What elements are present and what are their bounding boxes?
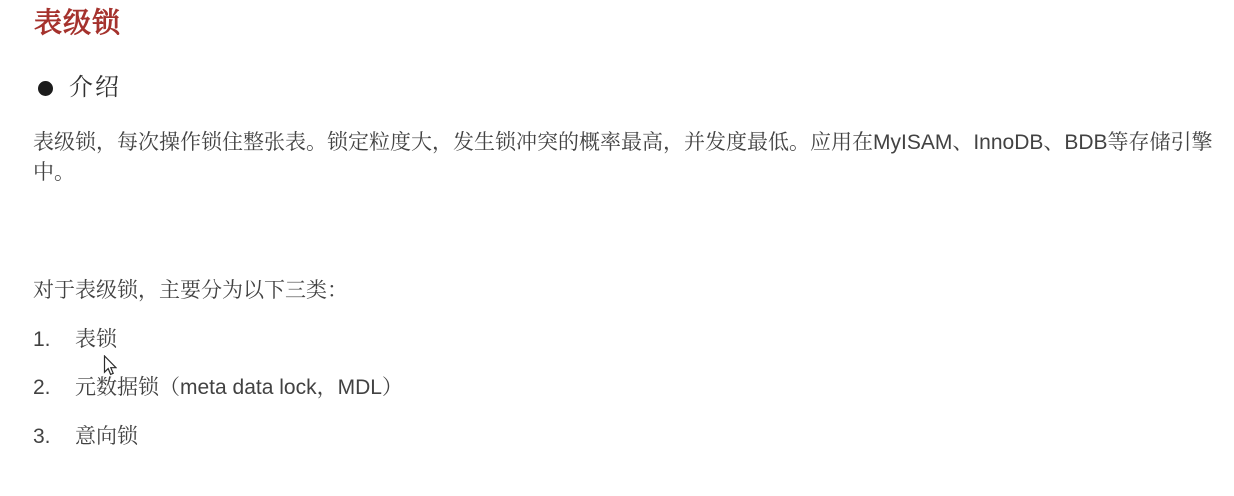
section-heading-intro: 介绍 bbox=[38, 73, 121, 103]
list-item-number: 3. bbox=[33, 422, 75, 452]
list-item: 3. 意向锁 bbox=[33, 422, 138, 452]
list-item: 2. 元数据锁（meta data lock，MDL） bbox=[33, 373, 403, 403]
list-item-text: 元数据锁（meta data lock，MDL） bbox=[75, 373, 403, 403]
intro-paragraph: 表级锁，每次操作锁住整张表。锁定粒度大，发生锁冲突的概率最高，并发度最低。应用在… bbox=[33, 128, 1231, 188]
list-item: 1. 表锁 bbox=[33, 325, 117, 355]
page-title: 表级锁 bbox=[34, 6, 121, 40]
list-intro-text: 对于表级锁，主要分为以下三类： bbox=[33, 276, 348, 306]
list-item-text: 意向锁 bbox=[75, 422, 138, 452]
list-item-number: 1. bbox=[33, 325, 75, 355]
list-item-number: 2. bbox=[33, 373, 75, 403]
bullet-icon bbox=[38, 81, 53, 96]
section-heading-label: 介绍 bbox=[69, 73, 121, 103]
document-page: 表级锁 介绍 表级锁，每次操作锁住整张表。锁定粒度大，发生锁冲突的概率最高，并发… bbox=[0, 0, 1234, 496]
list-item-text: 表锁 bbox=[75, 325, 117, 355]
